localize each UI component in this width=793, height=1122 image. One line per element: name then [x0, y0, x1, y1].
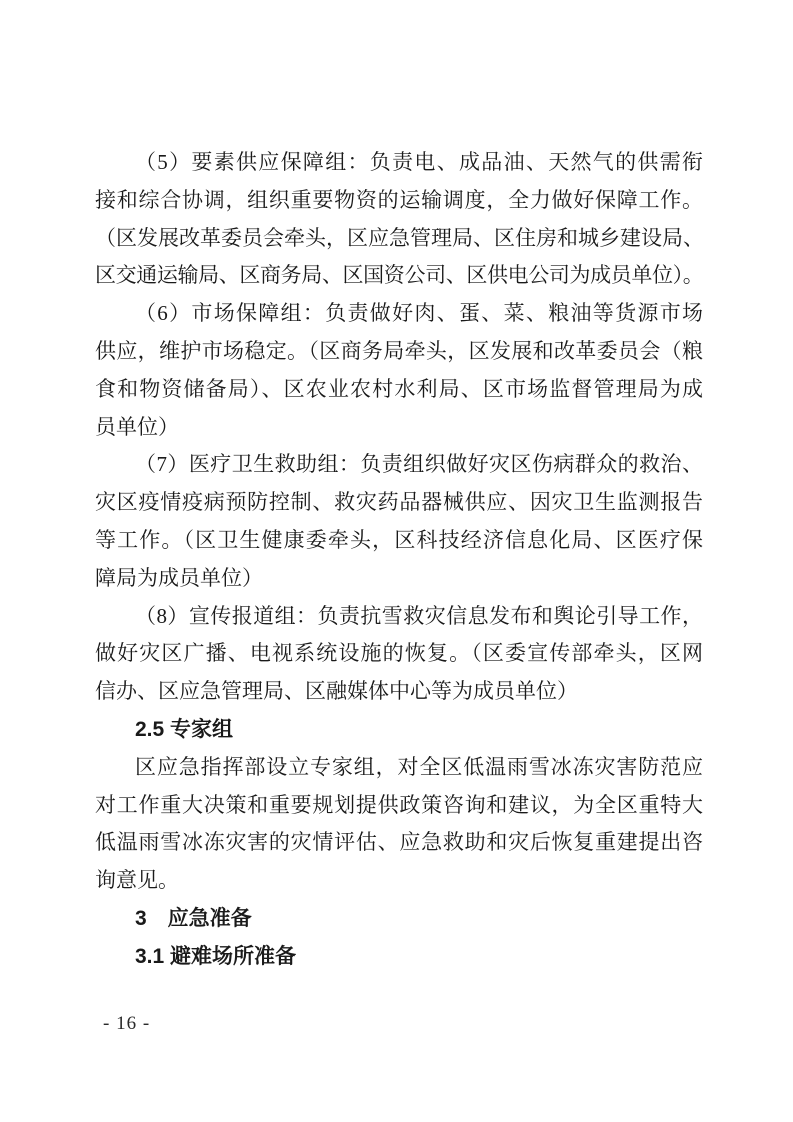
para-5-line-4: 区交通运输局、区商务局、区国资公司、区供电公司为成员单位）。	[95, 257, 703, 295]
para-5-line-2: 接和综合协调，组织重要物资的运输调度，全力做好保障工作。	[95, 182, 703, 220]
para-6-line-4: 员单位）	[95, 409, 703, 447]
heading-3-emergency-preparation: 3 应急准备	[95, 900, 703, 938]
para-expert-line-1: 区应急指挥部设立专家组，对全区低温雨雪冰冻灾害防范应	[95, 749, 703, 787]
para-6-line-3: 食和物资储备局）、区农业农村水利局、区市场监督管理局为成	[95, 371, 703, 409]
para-8-line-3: 信办、区应急管理局、区融媒体中心等为成员单位）	[95, 673, 703, 711]
para-expert-line-4: 询意见。	[95, 862, 703, 900]
para-expert-line-2: 对工作重大决策和重要规划提供政策咨询和建议，为全区重特大	[95, 787, 703, 825]
document-content: （5）要素供应保障组：负责电、成品油、天然气的供需衔 接和综合协调，组织重要物资…	[95, 144, 703, 976]
para-7-line-1: （7）医疗卫生救助组：负责组织做好灾区伤病群众的救治、	[95, 446, 703, 484]
para-6-line-2: 供应，维护市场稳定。（区商务局牵头，区发展和改革委员会（粮	[95, 333, 703, 371]
para-5-line-1: （5）要素供应保障组：负责电、成品油、天然气的供需衔	[95, 144, 703, 182]
paragraph-5: （5）要素供应保障组：负责电、成品油、天然气的供需衔 接和综合协调，组织重要物资…	[95, 144, 703, 295]
paragraph-expert-group: 区应急指挥部设立专家组，对全区低温雨雪冰冻灾害防范应 对工作重大决策和重要规划提…	[95, 749, 703, 900]
heading-2-5-expert-group: 2.5 专家组	[95, 711, 703, 749]
page-number: - 16 -	[103, 1011, 150, 1037]
para-7-line-4: 障局为成员单位）	[95, 560, 703, 598]
paragraph-8: （8）宣传报道组：负责抗雪救灾信息发布和舆论引导工作， 做好灾区广播、电视系统设…	[95, 598, 703, 711]
para-8-line-1: （8）宣传报道组：负责抗雪救灾信息发布和舆论引导工作，	[95, 598, 703, 636]
para-7-line-3: 等工作。（区卫生健康委牵头，区科技经济信息化局、区医疗保	[95, 522, 703, 560]
para-expert-line-3: 低温雨雪冰冻灾害的灾情评估、应急救助和灾后恢复重建提出咨	[95, 824, 703, 862]
paragraph-7: （7）医疗卫生救助组：负责组织做好灾区伤病群众的救治、 灾区疫情疫病预防控制、救…	[95, 446, 703, 597]
heading-3-1-shelter-preparation: 3.1 避难场所准备	[95, 938, 703, 976]
document-page: （5）要素供应保障组：负责电、成品油、天然气的供需衔 接和综合协调，组织重要物资…	[0, 0, 793, 1122]
para-6-line-1: （6）市场保障组：负责做好肉、蛋、菜、粮油等货源市场	[95, 295, 703, 333]
para-5-line-3: （区发展改革委员会牵头，区应急管理局、区住房和城乡建设局、	[95, 220, 703, 258]
para-8-line-2: 做好灾区广播、电视系统设施的恢复。（区委宣传部牵头，区网	[95, 635, 703, 673]
para-7-line-2: 灾区疫情疫病预防控制、救灾药品器械供应、因灾卫生监测报告	[95, 484, 703, 522]
paragraph-6: （6）市场保障组：负责做好肉、蛋、菜、粮油等货源市场 供应，维护市场稳定。（区商…	[95, 295, 703, 446]
